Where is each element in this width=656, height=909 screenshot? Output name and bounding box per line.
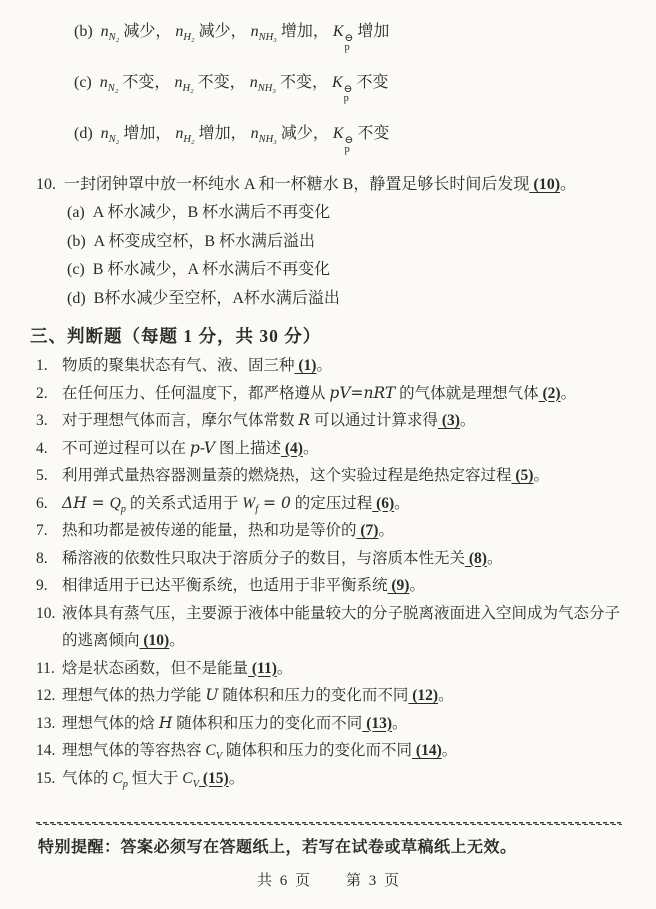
formula-subscript: N₂	[109, 32, 120, 43]
formula-subscript: p	[344, 94, 349, 103]
formula: nN₂	[100, 74, 119, 91]
judgment-question: 2.在任何压力、任何温度下，都严格遵从 pV=nRT 的气体就是理想气体 (2)…	[36, 380, 622, 408]
math-text: U	[205, 686, 218, 704]
answer-blank: (3)	[438, 412, 460, 429]
math-text: p-V	[190, 439, 215, 457]
question-text: 液体具有蒸气压，主要源于液体中能量较大的分子脱离液面进入空间成为气态分子的逃离倾…	[62, 600, 622, 655]
text-run: 。	[169, 632, 185, 649]
formula: nH₂	[175, 125, 194, 142]
answer-blank: (2)	[539, 385, 561, 402]
option-row: (a)A 杯水减少，B 杯水满后不再变化	[67, 199, 622, 228]
judgment-question: 14.理想气体的等容热容 CV 随体积和压力的变化而不同 (14)。	[36, 737, 622, 765]
question-10-number: 10.	[36, 171, 64, 199]
text-run: 物质的聚集状态有气、液、固三种	[62, 357, 295, 374]
answer-blank: (13)	[362, 715, 392, 732]
text-run: 。	[533, 467, 549, 484]
text-run: 增加	[353, 23, 389, 40]
option-text: nN₂ 减少， nH₂ 减少， nNH₃ 增加， K⊖p 增加	[101, 23, 390, 40]
text-run: 。	[303, 440, 319, 457]
question-number: 4.	[36, 435, 62, 463]
reminder-label: 特别提醒：	[38, 839, 121, 856]
answer-blank: (6)	[372, 495, 394, 512]
total-pages-label: 共 6 页	[257, 873, 312, 889]
answer-blank: (14)	[412, 742, 442, 759]
text-run: 。	[277, 660, 293, 677]
text-run: 相律适用于已达平衡系统，也适用于非平衡系统	[62, 577, 388, 594]
formula: nNH₃	[251, 125, 277, 142]
math-text: pV=nRT	[329, 384, 395, 402]
formula: K⊖p	[332, 74, 352, 91]
judgment-question: 1.物质的聚集状态有气、液、固三种 (1)。	[36, 352, 622, 380]
judgment-question-list: 1.物质的聚集状态有气、液、固三种 (1)。2.在任何压力、任何温度下，都严格遵…	[36, 352, 622, 792]
text-run: 热和功都是被传递的能量，热和功是等价的	[62, 522, 357, 539]
text-run: 稀溶液的依数性只取决于溶质分子的数目，与溶质本性无关	[62, 550, 465, 567]
formula-base: Q	[110, 495, 121, 512]
formula-subscript: p	[345, 145, 350, 154]
judgment-question: 6.ΔH = Qp 的关系式适用于 Wf = 0 的定压过程 (6)。	[36, 490, 622, 518]
prev-question-options: (b)nN₂ 减少， nH₂ 减少， nNH₃ 增加， K⊖p 增加(c)nN₂…	[74, 18, 622, 154]
text-run: 随体积和压力的变化而不同	[172, 715, 362, 732]
question-10: 10. 一封闭钟罩中放一杯纯水 A 和一杯糖水 B，静置足够长时间后发现 (10…	[36, 171, 622, 313]
answer-blank: (15)	[199, 770, 229, 787]
question-text: ΔH = Qp 的关系式适用于 Wf = 0 的定压过程 (6)。	[62, 490, 622, 518]
text-run: 一封闭钟罩中放一杯纯水 A 和一杯糖水 B，静置足够长时间后发现	[64, 176, 529, 193]
text-run: 。	[438, 687, 454, 704]
formula-base: K	[333, 125, 344, 142]
option-text: nN₂ 不变， nH₂ 不变， nNH₃ 不变， K⊖p 不变	[100, 74, 389, 91]
formula: nH₂	[175, 23, 194, 40]
formula-subscript: H₂	[182, 83, 193, 94]
formula-scripts: ⊖p	[345, 136, 354, 154]
judgment-question: 4.不可逆过程可以在 p-V 图上描述 (4)。	[36, 435, 622, 463]
text-run: 。	[392, 715, 408, 732]
question-text: 不可逆过程可以在 p-V 图上描述 (4)。	[62, 435, 622, 463]
dashed-divider	[36, 822, 622, 825]
question-number: 3.	[36, 407, 62, 435]
question-number: 14.	[36, 737, 62, 765]
question-number: 5.	[36, 462, 62, 490]
text-run: A 杯变成空杯，B 杯水满后溢出	[94, 233, 315, 250]
formula: CV	[182, 770, 199, 787]
answer-blank: (12)	[408, 687, 438, 704]
text-run: 随体积和压力的变化而不同	[218, 687, 408, 704]
formula: nN₂	[101, 23, 120, 40]
question-number: 13.	[36, 710, 62, 738]
question-text: 利用弹式量热容器测量萘的燃烧热，这个实验过程是绝热定容过程 (5)。	[62, 462, 622, 490]
question-number: 15.	[36, 765, 62, 793]
formula-base: n	[250, 74, 258, 91]
formula-scripts: ⊖p	[345, 34, 354, 52]
math-text: = 0	[258, 494, 291, 512]
judgment-question: 13.理想气体的焓 H 随体积和压力的变化而不同 (13)。	[36, 710, 622, 738]
text-run: 减少，	[119, 23, 175, 40]
question-number: 10.	[36, 600, 62, 655]
answer-blank: (1)	[295, 357, 317, 374]
answer-blank: (11)	[248, 660, 277, 677]
formula-subscript: N₂	[109, 134, 120, 145]
judgment-question: 8.稀溶液的依数性只取决于溶质分子的数目，与溶质本性无关 (8)。	[36, 545, 622, 573]
text-run: 。	[460, 412, 476, 429]
formula: nN₂	[101, 125, 120, 142]
question-text: 理想气体的焓 H 随体积和压力的变化而不同 (13)。	[62, 710, 622, 738]
formula-base: n	[100, 74, 108, 91]
text-run: 。	[409, 577, 425, 594]
option-label: (c)	[67, 261, 85, 278]
text-run: 。	[487, 550, 503, 567]
text-run: 减少，	[277, 125, 333, 142]
option-row: (d)nN₂ 增加， nH₂ 增加， nNH₃ 减少， K⊖p 不变	[74, 120, 622, 154]
text-run: 。	[378, 522, 394, 539]
option-label: (a)	[67, 204, 85, 221]
question-text: 相律适用于已达平衡系统，也适用于非平衡系统 (9)。	[62, 572, 622, 600]
text-run: 可以通过计算求得	[310, 412, 438, 429]
answer-blank: (7)	[357, 522, 379, 539]
formula-base: C	[112, 770, 122, 787]
formula: Cp	[112, 770, 128, 787]
question-text: 气体的 Cp 恒大于 CV (15)。	[62, 765, 622, 793]
question-text: 理想气体的等容热容 CV 随体积和压力的变化而不同 (14)。	[62, 737, 622, 765]
question-number: 7.	[36, 517, 62, 545]
text-run: 增加，	[277, 23, 333, 40]
option-text: B 杯水减少，A 杯水满后不再变化	[93, 261, 330, 278]
formula: K⊖p	[333, 125, 353, 142]
text-run: 在任何压力、任何温度下，都严格遵从	[62, 385, 329, 402]
formula: Qp	[110, 495, 126, 512]
text-run: 减少，	[195, 23, 251, 40]
formula: K⊖p	[333, 23, 353, 40]
exam-page: (b)nN₂ 减少， nH₂ 减少， nNH₃ 增加， K⊖p 增加(c)nN₂…	[0, 0, 656, 909]
option-text: A 杯水减少，B 杯水满后不再变化	[93, 204, 330, 221]
question-number: 8.	[36, 545, 62, 573]
math-text: ΔH =	[62, 494, 110, 512]
answer-blank: (5)	[512, 467, 534, 484]
question-10-stem-text: 一封闭钟罩中放一杯纯水 A 和一杯糖水 B，静置足够长时间后发现 (10)。	[64, 171, 576, 199]
formula-base: K	[332, 74, 343, 91]
question-number: 2.	[36, 380, 62, 408]
judgment-question: 12.理想气体的热力学能 U 随体积和压力的变化而不同 (12)。	[36, 682, 622, 710]
text-run: 。	[560, 176, 576, 193]
text-run: A 杯水减少，B 杯水满后不再变化	[93, 204, 330, 221]
formula-base: n	[251, 23, 259, 40]
formula-subscript: N₂	[108, 83, 119, 94]
text-run: B 杯水减少，A 杯水满后不再变化	[93, 261, 330, 278]
question-text: 理想气体的热力学能 U 随体积和压力的变化而不同 (12)。	[62, 682, 622, 710]
option-row: (c)B 杯水减少，A 杯水满后不再变化	[67, 256, 622, 285]
formula-base: n	[101, 125, 109, 142]
question-number: 1.	[36, 352, 62, 380]
option-text: B杯水减少至空杯，A杯水满后溢出	[94, 290, 340, 307]
text-run: 对于理想气体而言，摩尔气体常数	[62, 412, 298, 429]
answer-blank: (9)	[388, 577, 410, 594]
question-text: 对于理想气体而言，摩尔气体常数 R 可以通过计算求得 (3)。	[62, 407, 622, 435]
judgment-question: 3.对于理想气体而言，摩尔气体常数 R 可以通过计算求得 (3)。	[36, 407, 622, 435]
formula-subscript: NH₃	[259, 32, 277, 43]
formula-base: W	[242, 495, 255, 512]
text-run: 不变，	[194, 74, 250, 91]
text-run: 理想气体的焓	[62, 715, 159, 732]
question-text: 焓是状态函数，但不是能量 (11)。	[62, 655, 622, 683]
current-page-label: 第 3 页	[346, 873, 401, 889]
question-10-options: (a)A 杯水减少，B 杯水满后不再变化(b)A 杯变成空杯，B 杯水满后溢出(…	[67, 199, 622, 313]
judgment-question: 9.相律适用于已达平衡系统，也适用于非平衡系统 (9)。	[36, 572, 622, 600]
text-run: 。	[229, 770, 245, 787]
option-text: nN₂ 增加， nH₂ 增加， nNH₃ 减少， K⊖p 不变	[101, 125, 390, 142]
judgment-question: 5.利用弹式量热容器测量萘的燃烧热，这个实验过程是绝热定容过程 (5)。	[36, 462, 622, 490]
text-run: 气体的	[62, 770, 112, 787]
math-text: H	[159, 714, 173, 732]
text-run: 理想气体的热力学能	[62, 687, 205, 704]
text-run: 的关系式适用于	[126, 495, 242, 512]
text-run: 增加，	[119, 125, 175, 142]
question-10-stem-row: 10. 一封闭钟罩中放一杯纯水 A 和一杯糖水 B，静置足够长时间后发现 (10…	[36, 171, 622, 199]
page-footer: 共 6 页第 3 页	[36, 869, 622, 890]
text-run: 理想气体的等容热容	[62, 742, 205, 759]
question-text: 物质的聚集状态有气、液、固三种 (1)。	[62, 352, 622, 380]
option-label: (b)	[67, 233, 86, 250]
text-run: 随体积和压力的变化而不同	[222, 742, 412, 759]
reminder-text: 答案必须写在答题纸上，若写在试卷或草稿纸上无效。	[121, 839, 517, 856]
formula-subscript: p	[345, 43, 350, 52]
text-run: 。	[561, 385, 577, 402]
special-reminder: 特别提醒：答案必须写在答题纸上，若写在试卷或草稿纸上无效。	[38, 834, 622, 857]
question-text: 热和功都是被传递的能量，热和功是等价的 (7)。	[62, 517, 622, 545]
formula: nNH₃	[250, 74, 276, 91]
question-number: 11.	[36, 655, 62, 683]
question-number: 9.	[36, 572, 62, 600]
formula: nH₂	[174, 74, 193, 91]
text-run: 不变	[353, 125, 389, 142]
answer-blank: (4)	[281, 440, 303, 457]
formula-base: n	[101, 23, 109, 40]
formula: CV	[205, 742, 222, 759]
option-row: (d)B杯水减少至空杯，A杯水满后溢出	[67, 285, 622, 314]
formula-base: K	[333, 23, 344, 40]
option-label: (b)	[74, 23, 93, 40]
text-run: 增加，	[195, 125, 251, 142]
section-header: 三、判断题（每题 1 分，共 30 分）	[30, 323, 622, 348]
judgment-question: 7.热和功都是被传递的能量，热和功是等价的 (7)。	[36, 517, 622, 545]
text-run: 的定压过程	[291, 495, 372, 512]
question-text: 稀溶液的依数性只取决于溶质分子的数目，与溶质本性无关 (8)。	[62, 545, 622, 573]
text-run: 恒大于	[128, 770, 182, 787]
option-label: (c)	[74, 74, 92, 91]
text-run: 利用弹式量热容器测量萘的燃烧热，这个实验过程是绝热定容过程	[62, 467, 512, 484]
judgment-question: 11.焓是状态函数，但不是能量 (11)。	[36, 655, 622, 683]
answer-blank: (10)	[529, 176, 560, 193]
formula-base: C	[182, 770, 192, 787]
formula: nNH₃	[251, 23, 277, 40]
option-label: (d)	[67, 290, 86, 307]
question-text: 在任何压力、任何温度下，都严格遵从 pV=nRT 的气体就是理想气体 (2)。	[62, 380, 622, 408]
text-run: 。	[394, 495, 410, 512]
question-number: 12.	[36, 682, 62, 710]
formula-subscript: NH₃	[259, 134, 277, 145]
text-run: 不变，	[118, 74, 174, 91]
text-run: 不变	[352, 74, 388, 91]
text-run: 的气体就是理想气体	[395, 385, 538, 402]
text-run: 。	[442, 742, 458, 759]
answer-blank: (8)	[465, 550, 487, 567]
option-label: (d)	[74, 125, 93, 142]
answer-blank: (10)	[140, 632, 170, 649]
text-run: 不可逆过程可以在	[62, 440, 190, 457]
math-text: R	[298, 411, 310, 429]
option-row: (b)nN₂ 减少， nH₂ 减少， nNH₃ 增加， K⊖p 增加	[74, 18, 622, 52]
text-run: 不变，	[276, 74, 332, 91]
formula-base: C	[205, 742, 215, 759]
judgment-question: 10.液体具有蒸气压，主要源于液体中能量较大的分子脱离液面进入空间成为气态分子的…	[36, 600, 622, 655]
formula: Wf	[242, 495, 258, 512]
formula-subscript: H₂	[183, 134, 194, 145]
question-number: 6.	[36, 490, 62, 518]
option-row: (c)nN₂ 不变， nH₂ 不变， nNH₃ 不变， K⊖p 不变	[74, 69, 622, 103]
text-run: 。	[316, 357, 332, 374]
text-run: 图上描述	[215, 440, 281, 457]
formula-base: n	[251, 125, 259, 142]
text-run: 焓是状态函数，但不是能量	[62, 660, 248, 677]
text-run: B杯水减少至空杯，A杯水满后溢出	[94, 290, 340, 307]
formula-subscript: H₂	[183, 32, 194, 43]
formula-subscript: NH₃	[258, 83, 276, 94]
judgment-question: 15.气体的 Cp 恒大于 CV (15)。	[36, 765, 622, 793]
option-row: (b)A 杯变成空杯，B 杯水满后溢出	[67, 228, 622, 257]
option-text: A 杯变成空杯，B 杯水满后溢出	[94, 233, 315, 250]
